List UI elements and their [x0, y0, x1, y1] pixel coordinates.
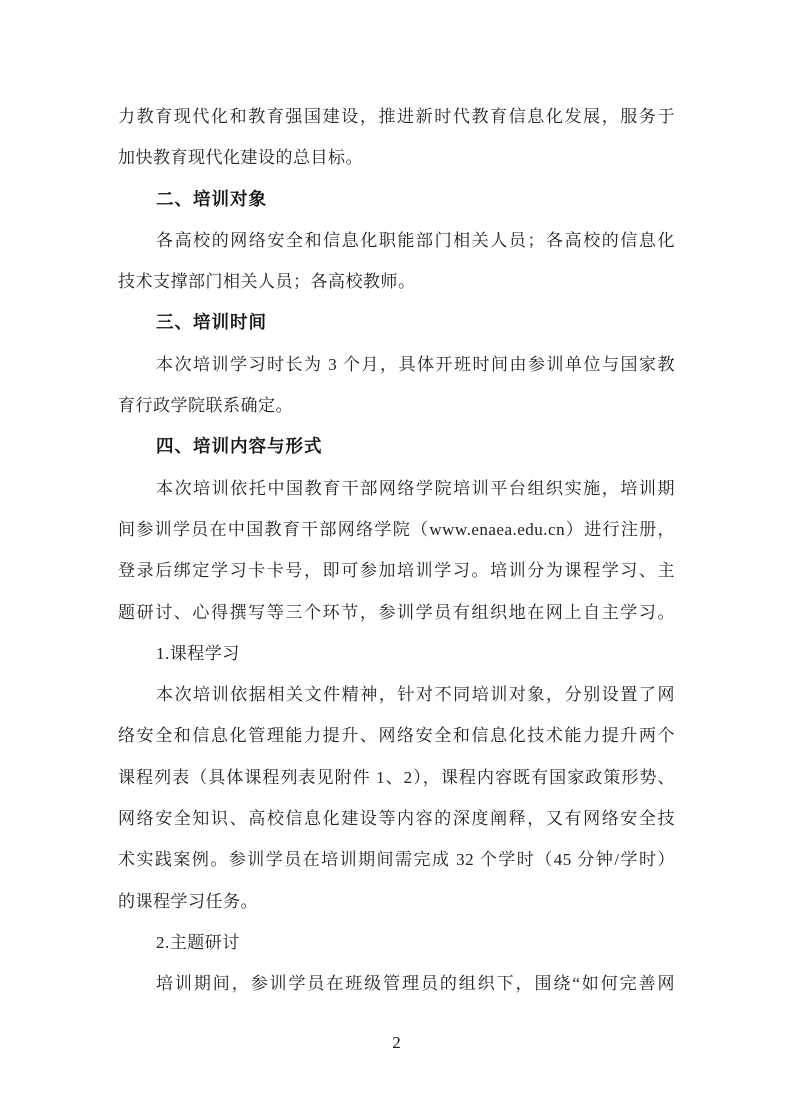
- text-line: 登录后绑定学习卡卡号，即可参加培训学习。培训分为课程学习、主: [118, 550, 675, 591]
- text-line: 本次培训依托中国教育干部网络学院培训平台组织实施，培训期: [118, 468, 675, 509]
- section-heading-4: 四、培训内容与形式: [118, 426, 675, 467]
- text-line: 本次培训学习时长为 3 个月，具体开班时间由参训单位与国家教: [118, 344, 675, 385]
- text-line: 加快教育现代化建设的总目标。: [118, 137, 675, 178]
- document-page: 力教育现代化和教育强国建设，推进新时代教育信息化发展，服务于 加快教育现代化建设…: [0, 0, 793, 1119]
- text-line: 题研讨、心得撰写等三个环节，参训学员有组织地在网上自主学习。: [118, 592, 675, 633]
- text-line: 技术支撑部门相关人员；各高校教师。: [118, 261, 675, 302]
- text-line: 培训期间，参训学员在班级管理员的组织下，围绕“如何完善网: [118, 963, 675, 1004]
- text-line: 各高校的网络安全和信息化职能部门相关人员；各高校的信息化: [118, 220, 675, 261]
- text-line: 力教育现代化和教育强国建设，推进新时代教育信息化发展，服务于: [118, 96, 675, 137]
- page-number: 2: [0, 1033, 793, 1053]
- text-line: 间参训学员在中国教育干部网络学院（www.enaea.edu.cn）进行注册，: [118, 509, 675, 550]
- text-line: 术实践案例。参训学员在培训期间需完成 32 个学时（45 分钟/学时）: [118, 839, 675, 880]
- text-line: 网络安全知识、高校信息化建设等内容的深度阐释，又有网络安全技: [118, 798, 675, 839]
- text-line: 育行政学院联系确定。: [118, 385, 675, 426]
- text-line: 课程列表（具体课程列表见附件 1、2），课程内容既有国家政策形势、: [118, 757, 675, 798]
- text-block: 力教育现代化和教育强国建设，推进新时代教育信息化发展，服务于 加快教育现代化建设…: [118, 96, 675, 1005]
- text-line: 络安全和信息化管理能力提升、网络安全和信息化技术能力提升两个: [118, 715, 675, 756]
- subsection-label-2: 2.主题研讨: [118, 922, 675, 963]
- section-heading-3: 三、培训时间: [118, 302, 675, 343]
- text-line: 的课程学习任务。: [118, 881, 675, 922]
- section-heading-2: 二、培训对象: [118, 179, 675, 220]
- subsection-label-1: 1.课程学习: [118, 633, 675, 674]
- text-line: 本次培训依据相关文件精神，针对不同培训对象，分别设置了网: [118, 674, 675, 715]
